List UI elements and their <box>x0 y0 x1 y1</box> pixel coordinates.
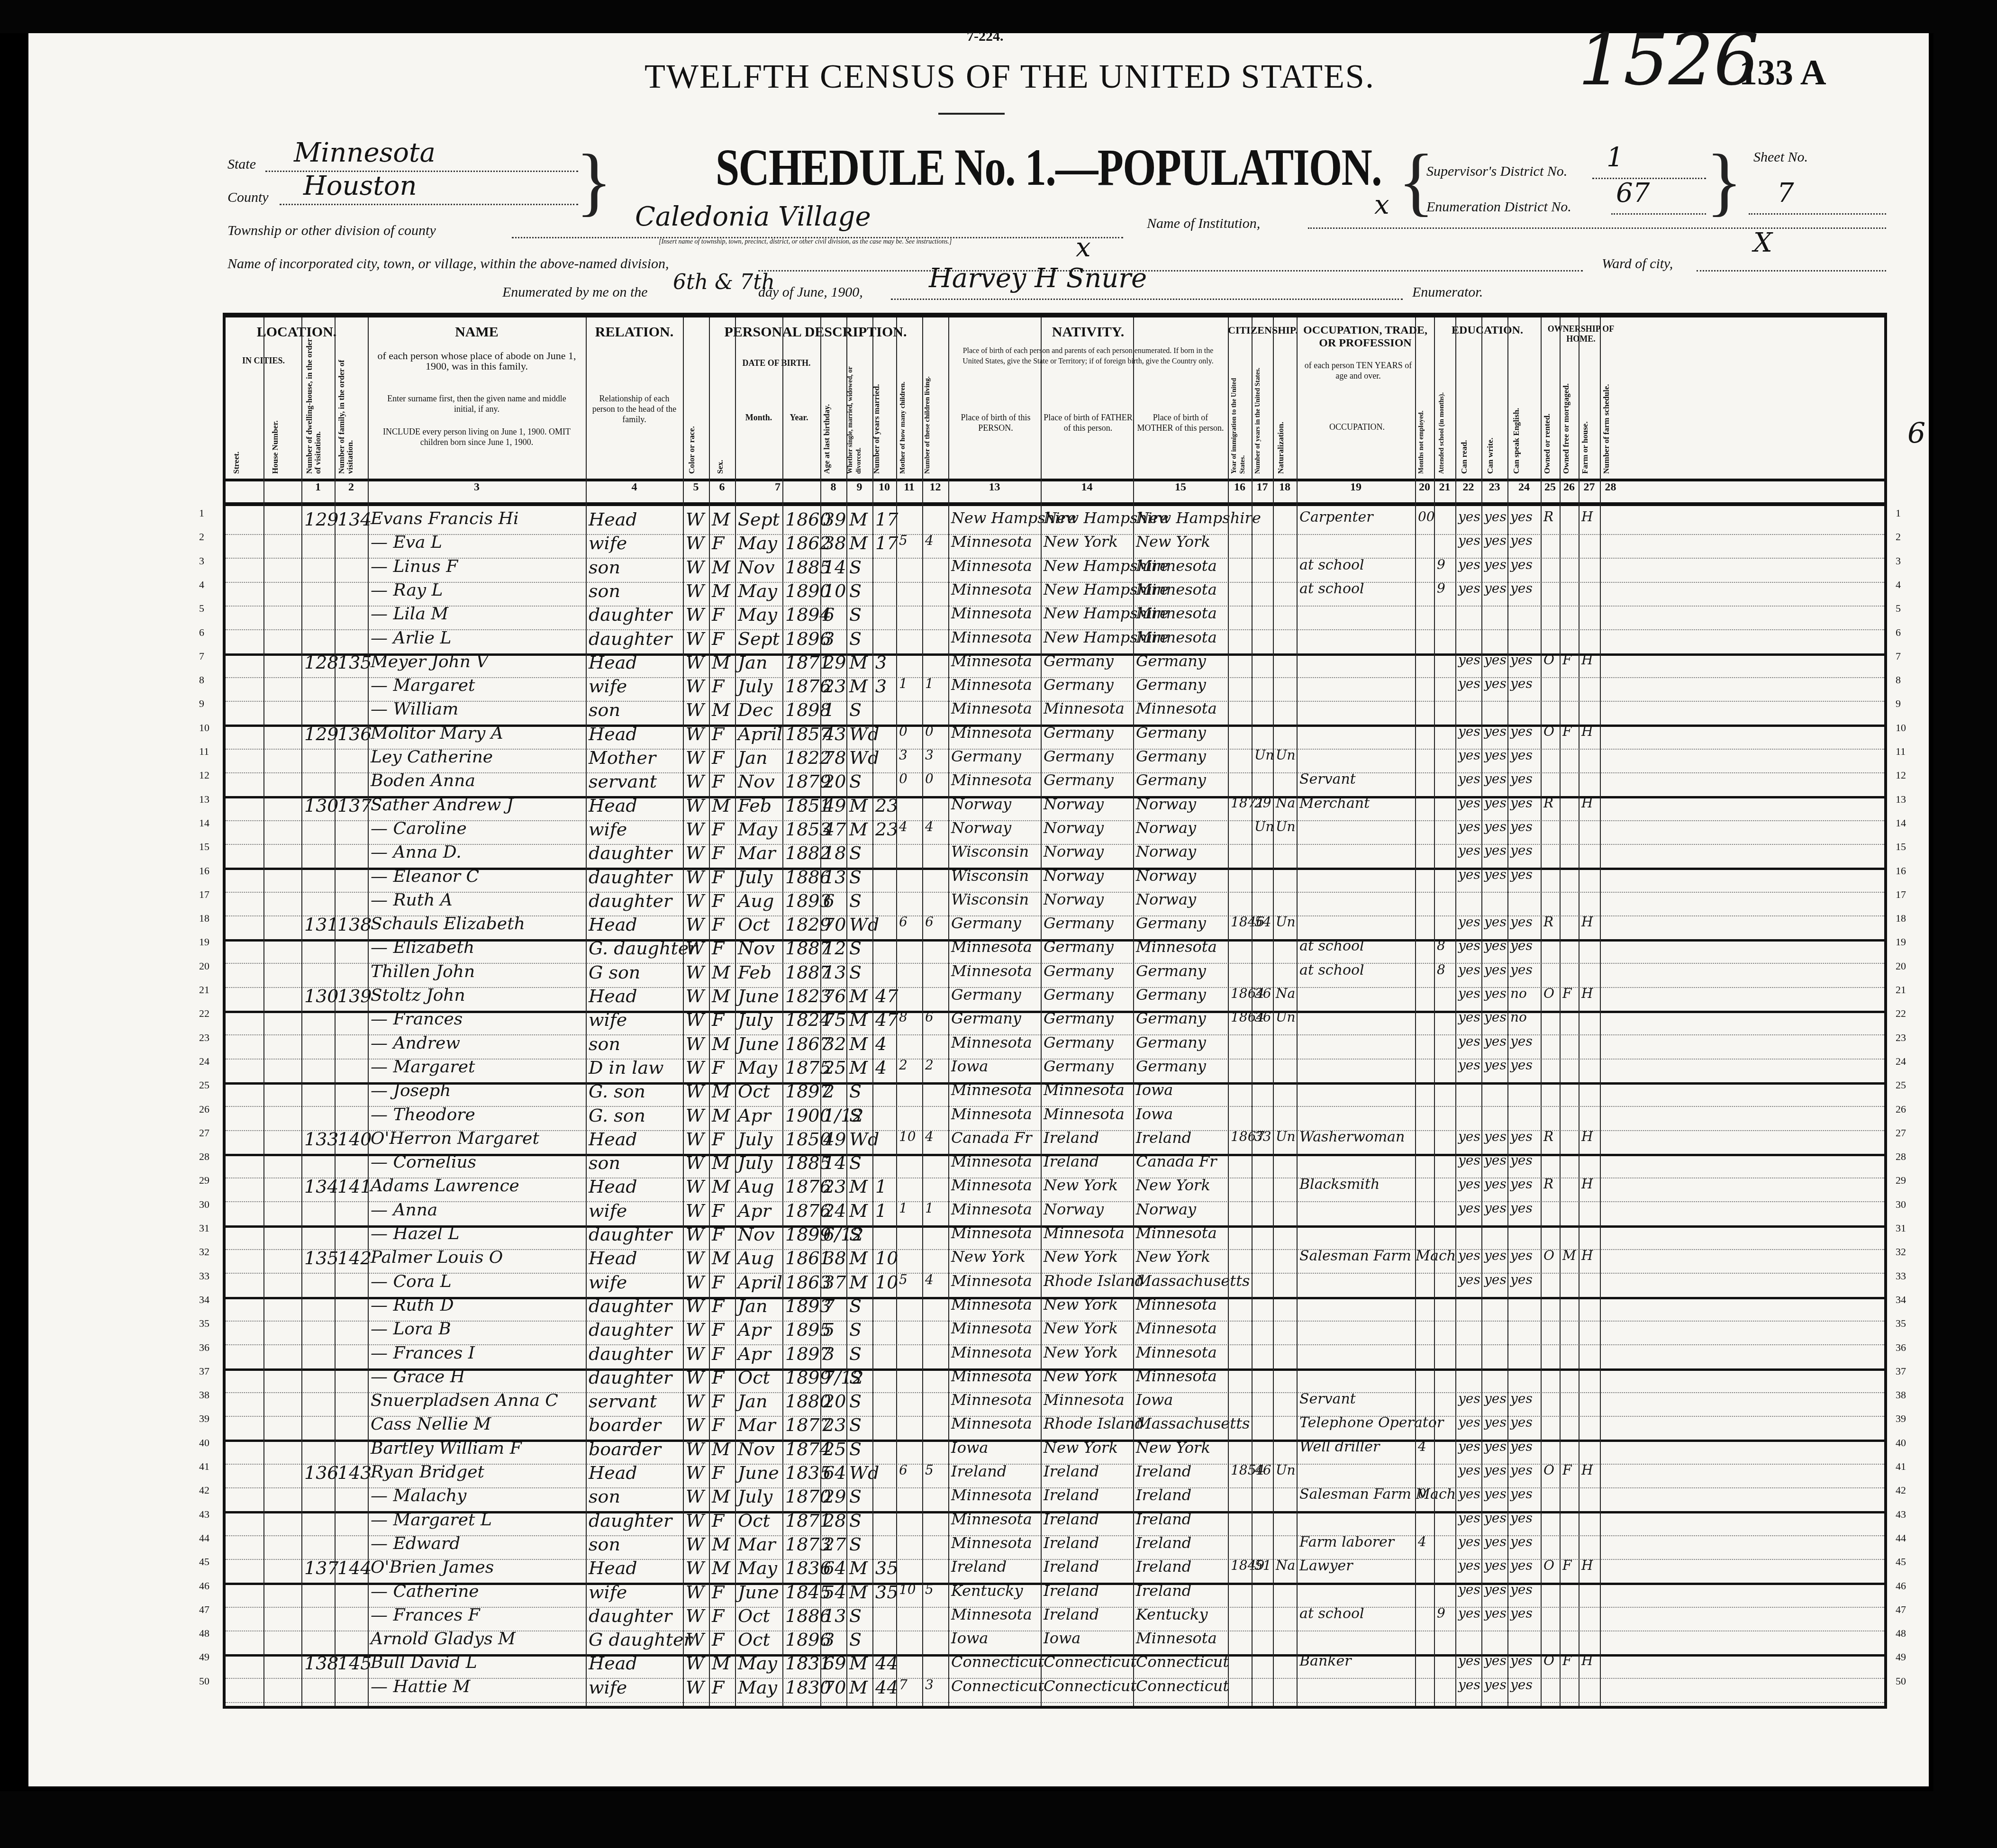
cell-yus: Un <box>1254 819 1274 834</box>
cell-age: 3 <box>823 628 835 649</box>
cell-mc: 0 <box>899 724 908 739</box>
cell-dw: 128 <box>304 652 339 673</box>
cell-sex: F <box>712 819 724 840</box>
cell-age: 25 <box>823 1057 846 1078</box>
cell-bp: Germany <box>951 1009 1021 1027</box>
cell-bp: Ireland <box>951 1462 1007 1480</box>
cell-rd: yes <box>1458 1391 1480 1406</box>
cell-en: yes <box>1510 509 1533 525</box>
cell-ym: 44 <box>875 1653 898 1674</box>
cell-rd: yes <box>1458 533 1480 548</box>
line-number: 17 <box>199 888 209 901</box>
cell-name: — Andrew <box>371 1033 460 1053</box>
line-number: 14 <box>1896 817 1906 829</box>
header-immigration: Year of immigration to the United States… <box>1230 365 1247 474</box>
cell-bp: Minnesota <box>951 724 1032 742</box>
line-number: 33 <box>1896 1270 1906 1282</box>
cell-sex: F <box>712 1129 724 1150</box>
cell-fh: H <box>1581 1653 1593 1668</box>
township-value: Caledonia Village <box>635 201 871 232</box>
cell-rel: son <box>589 1152 620 1173</box>
cell-bp: Ireland <box>951 1558 1007 1576</box>
cell-name: — Hazel L <box>371 1224 459 1243</box>
cell-color: W <box>686 1677 704 1698</box>
cell-ms: M <box>849 819 868 840</box>
cell-rd: yes <box>1458 842 1480 858</box>
cell-color: W <box>686 1224 704 1245</box>
cell-mo: Dec <box>738 699 773 720</box>
cell-sex: M <box>712 699 730 720</box>
cell-ms: M <box>849 795 868 816</box>
line-number: 46 <box>199 1580 209 1592</box>
cell-fh: H <box>1581 795 1593 811</box>
cell-age: 6 <box>823 890 835 911</box>
cell-bp: Minnesota <box>951 628 1032 646</box>
cell-wr: yes <box>1484 1391 1507 1406</box>
cell-bm: Minnesota <box>1136 1224 1217 1242</box>
cell-bf: Germany <box>1044 771 1114 789</box>
column-number: 21 <box>1434 481 1455 494</box>
cell-en: yes <box>1510 1486 1533 1502</box>
cell-sex: M <box>712 1534 730 1555</box>
cell-wr: yes <box>1484 1057 1507 1073</box>
cell-mo: Sept <box>738 628 780 649</box>
cell-mo: Mar <box>738 1414 776 1435</box>
line-number: 12 <box>199 769 209 781</box>
cell-bp: Minnesota <box>951 1391 1032 1409</box>
cell-name: — Anna <box>371 1200 437 1220</box>
line-number: 48 <box>1896 1627 1906 1640</box>
cell-mc: 10 <box>899 1582 916 1597</box>
cell-ms: S <box>849 1081 862 1102</box>
cell-bf: Connecticut <box>1044 1677 1136 1695</box>
cell-bp: Germany <box>951 914 1021 932</box>
cell-bm: Minnesota <box>1136 557 1217 575</box>
line-number: 1 <box>1896 507 1901 519</box>
cell-bp: Minnesota <box>951 1176 1032 1194</box>
cell-nat: Na <box>1276 1558 1295 1573</box>
line-number: 19 <box>199 936 209 948</box>
cell-name: Snuerpladsen Anna C <box>371 1391 558 1410</box>
cell-cl: 1 <box>925 676 934 691</box>
cell-en: yes <box>1510 771 1533 787</box>
column-number: 25 <box>1541 481 1560 494</box>
line-number: 7 <box>1896 650 1901 662</box>
cell-en: yes <box>1510 1439 1533 1454</box>
cell-rel: wife <box>589 676 627 697</box>
cell-bm: Germany <box>1136 1057 1206 1075</box>
cell-bp: Wisconsin <box>951 867 1029 885</box>
cell-ms: S <box>849 1224 862 1245</box>
column-divider <box>1507 317 1508 1706</box>
cell-age: 49 <box>823 795 846 816</box>
cell-ms: S <box>849 628 862 649</box>
cell-rd: yes <box>1458 724 1480 739</box>
cell-age: 70 <box>823 1677 846 1698</box>
cell-ms: M <box>849 533 868 553</box>
cell-name: — Theodore <box>371 1105 475 1124</box>
cell-ym: 35 <box>875 1582 898 1603</box>
cell-bf: Germany <box>1044 652 1114 670</box>
cell-age: 38 <box>823 1248 846 1268</box>
column-number: 18 <box>1273 481 1297 494</box>
cell-age: 3 <box>823 1343 835 1364</box>
cell-wr: yes <box>1484 1462 1507 1478</box>
line-number: 18 <box>1896 912 1906 924</box>
column-divider <box>301 317 302 1706</box>
cell-name: Ryan Bridget <box>371 1462 484 1482</box>
cell-rd: yes <box>1458 580 1480 596</box>
cell-fh: H <box>1581 652 1593 668</box>
cell-sch: 8 <box>1437 938 1445 953</box>
cell-mc: 7 <box>899 1677 908 1693</box>
cell-color: W <box>686 699 704 720</box>
line-number: 44 <box>199 1532 209 1544</box>
cell-own: O <box>1543 1558 1554 1573</box>
enumerated-prefix: Enumerated by me on the <box>502 284 648 300</box>
cell-name: Thillen John <box>371 962 475 981</box>
cell-mo: July <box>738 676 772 697</box>
cell-bf: Ireland <box>1044 1486 1099 1504</box>
cell-cl: 4 <box>925 1129 934 1144</box>
cell-mc: 0 <box>899 771 908 787</box>
cell-bm: Iowa <box>1136 1391 1173 1409</box>
cell-dw: 135 <box>304 1248 339 1268</box>
cell-ms: S <box>849 580 862 601</box>
cell-name: — Lora B <box>371 1319 451 1339</box>
cell-wr: yes <box>1484 1486 1507 1502</box>
cell-fam: 138 <box>337 914 372 935</box>
cell-bf: New York <box>1044 1367 1118 1385</box>
cell-ym: 10 <box>875 1248 898 1268</box>
cell-ym: 23 <box>875 795 898 816</box>
cell-rel: Head <box>589 1248 637 1268</box>
cell-yus: 54 <box>1254 914 1271 930</box>
cell-bp: Minnesota <box>951 1152 1032 1170</box>
cell-fh: H <box>1581 1176 1593 1192</box>
cell-bm: Massachusetts <box>1136 1272 1250 1290</box>
cell-occ: Banker <box>1299 1653 1352 1669</box>
cell-name: — Margaret <box>371 676 475 695</box>
cell-wr: yes <box>1484 1677 1507 1693</box>
cell-bm: Germany <box>1136 1009 1206 1027</box>
cell-sex: M <box>712 1248 730 1268</box>
cell-ms: S <box>849 1105 862 1126</box>
cell-mu: 00 <box>1418 509 1435 525</box>
cell-en: yes <box>1510 1558 1533 1573</box>
cell-sex: F <box>712 1343 724 1364</box>
cell-bf: Germany <box>1044 962 1114 980</box>
cell-name: — Edward <box>371 1534 460 1553</box>
header-mother-of: Mother of how many children. <box>899 360 907 474</box>
cell-color: W <box>686 1367 704 1388</box>
cell-bm: Minnesota <box>1136 699 1217 717</box>
cell-wr: yes <box>1484 795 1507 811</box>
cell-name: — Anna D. <box>371 842 462 862</box>
cell-mo: Feb <box>738 962 772 983</box>
cell-bm: Ireland <box>1136 1534 1191 1552</box>
cell-age: 14 <box>823 1152 846 1173</box>
cell-sex: M <box>712 580 730 601</box>
column-divider <box>683 317 684 1706</box>
cell-rel: G. daughter <box>589 938 697 959</box>
line-number: 43 <box>199 1508 209 1521</box>
cell-mo: May <box>738 1057 777 1078</box>
cell-sex: F <box>712 1272 724 1293</box>
line-number: 28 <box>199 1150 209 1163</box>
cell-sex: M <box>712 1081 730 1102</box>
cell-color: W <box>686 1057 704 1078</box>
cell-mo: June <box>738 1582 779 1603</box>
line-number: 42 <box>1896 1484 1906 1496</box>
cell-occ: at school <box>1299 580 1364 597</box>
cell-bp: Iowa <box>951 1057 988 1075</box>
cell-bp: New York <box>951 1248 1026 1266</box>
cell-rel: Head <box>589 1653 637 1674</box>
line-number: 10 <box>199 722 209 734</box>
cell-rd: yes <box>1458 795 1480 811</box>
cell-en: yes <box>1510 1605 1533 1621</box>
cell-rel: Head <box>589 1129 637 1150</box>
header-occupation-sub: OCCUPATION. <box>1299 422 1415 432</box>
cell-ms: S <box>849 1152 862 1173</box>
cell-rel: Mother <box>589 747 656 768</box>
cell-sex: F <box>712 724 724 744</box>
header-months-unemployed: Months not employed. <box>1417 408 1426 474</box>
cell-mo: June <box>738 1033 779 1054</box>
cell-sex: M <box>712 1558 730 1578</box>
cell-en: yes <box>1510 795 1533 811</box>
cell-bm: New Hampshire <box>1136 509 1261 527</box>
cell-bm: Germany <box>1136 747 1206 765</box>
cell-rel: daughter <box>589 842 672 863</box>
cell-bm: Germany <box>1136 676 1206 694</box>
line-number: 29 <box>1896 1174 1906 1187</box>
cell-ym: 23 <box>875 819 898 840</box>
cell-age: 13 <box>823 867 846 888</box>
cell-sex: F <box>712 1009 724 1030</box>
column-divider <box>368 317 369 1706</box>
column-divider <box>709 317 710 1706</box>
cell-rel: Head <box>589 986 637 1006</box>
column-number: 16 <box>1228 481 1252 494</box>
header-marital: Whether single, married, widowed, or div… <box>846 360 863 474</box>
header-rule-thick <box>226 502 1884 506</box>
cell-en: yes <box>1510 962 1533 978</box>
cell-en: yes <box>1510 676 1533 691</box>
cell-age: 47 <box>823 819 846 840</box>
cell-dw: 130 <box>304 795 339 816</box>
cell-ms: Wd <box>849 1129 879 1150</box>
cell-fm: M <box>1562 1248 1576 1263</box>
cell-bm: New York <box>1136 533 1210 551</box>
cell-mo: Jan <box>738 747 767 768</box>
line-number: 18 <box>199 912 209 924</box>
column-divider <box>1560 317 1561 1706</box>
column-number: 5 <box>683 481 709 494</box>
line-number: 22 <box>1896 1007 1906 1020</box>
line-number: 21 <box>199 984 209 996</box>
cell-mo: May <box>738 580 777 601</box>
cell-fm: F <box>1562 1462 1571 1478</box>
cell-rd: yes <box>1458 676 1480 691</box>
cell-rd: yes <box>1458 771 1480 787</box>
cell-rel: wife <box>589 1272 627 1293</box>
column-number: 6 <box>709 481 735 494</box>
cell-bp: Minnesota <box>951 1081 1032 1099</box>
line-number: 21 <box>1896 984 1906 996</box>
cell-nat: Na <box>1276 986 1295 1001</box>
cell-cl: 5 <box>925 1582 934 1597</box>
cell-rel: son <box>589 1033 620 1054</box>
column-number: 3 <box>368 481 586 494</box>
cell-color: W <box>686 795 704 816</box>
state-value: Minnesota <box>294 137 436 168</box>
cell-sex: F <box>712 533 724 553</box>
cell-mo: June <box>738 986 779 1006</box>
column-divider <box>1541 317 1542 1706</box>
line-number: 5 <box>1896 602 1901 615</box>
cell-color: W <box>686 1081 704 1102</box>
cell-mo: Sept <box>738 509 780 530</box>
cell-age: 70 <box>823 914 846 935</box>
cell-occ: Merchant <box>1299 795 1370 812</box>
line-number: 42 <box>199 1484 209 1496</box>
cell-color: W <box>686 1152 704 1173</box>
column-number: 22 <box>1455 481 1481 494</box>
cell-color: W <box>686 1129 704 1150</box>
cell-name: — Margaret L <box>371 1510 492 1530</box>
cell-bf: Connecticut <box>1044 1653 1136 1671</box>
column-divider <box>1133 317 1134 1706</box>
cell-color: W <box>686 580 704 601</box>
cell-bp: Wisconsin <box>951 890 1029 908</box>
cell-color: W <box>686 1486 704 1507</box>
cell-ym: 47 <box>875 986 898 1006</box>
cell-age: 23 <box>823 1176 846 1197</box>
header-birth-person: Place of birth of this PERSON. <box>951 412 1041 433</box>
line-number: 49 <box>1896 1651 1906 1663</box>
cell-ms: S <box>849 1605 862 1626</box>
cell-bp: Minnesota <box>951 1200 1032 1218</box>
table-row: — Hattie MwifeWFMay183070M4473Connecticu… <box>226 1675 1884 1703</box>
cell-ms: S <box>849 867 862 888</box>
cell-sex: M <box>712 795 730 816</box>
cell-cl: 4 <box>925 819 934 834</box>
line-number: 45 <box>199 1556 209 1568</box>
line-number: 32 <box>199 1246 209 1258</box>
cell-bm: Germany <box>1136 652 1206 670</box>
header-nativity: NATIVITY. <box>948 324 1228 340</box>
header-education: EDUCATION. <box>1434 324 1541 337</box>
cell-rel: D in law <box>589 1057 664 1078</box>
cell-mo: Oct <box>738 914 770 935</box>
cell-sex: M <box>712 1033 730 1054</box>
form-number: 7-224. <box>967 28 1004 45</box>
cell-sex: M <box>712 652 730 673</box>
column-divider <box>1252 317 1253 1706</box>
cell-en: yes <box>1510 724 1533 739</box>
cell-mo: July <box>738 1129 772 1150</box>
cell-age: 14 <box>823 557 846 578</box>
cell-rel: son <box>589 580 620 601</box>
cell-bf: Ireland <box>1044 1152 1099 1170</box>
cell-cl: 5 <box>925 1462 934 1478</box>
cell-color: W <box>686 1629 704 1650</box>
cell-cl: 3 <box>925 1677 934 1693</box>
cell-name: O'Brien James <box>371 1558 494 1577</box>
cell-en: yes <box>1510 1534 1533 1549</box>
cell-bm: Ireland <box>1136 1462 1191 1480</box>
cell-wr: yes <box>1484 842 1507 858</box>
cell-occ: at school <box>1299 1605 1364 1622</box>
line-number: 50 <box>199 1675 209 1687</box>
cell-fh: H <box>1581 914 1593 930</box>
cell-ms: Wd <box>849 724 879 744</box>
cell-fam: 145 <box>337 1653 372 1674</box>
cell-sex: F <box>712 1319 724 1340</box>
cell-bf: New York <box>1044 533 1118 551</box>
cell-sex: M <box>712 1152 730 1173</box>
cell-color: W <box>686 867 704 888</box>
cell-en: yes <box>1510 747 1533 763</box>
cell-ms: M <box>849 1558 868 1578</box>
cell-name: Bull David L <box>371 1653 477 1672</box>
cell-fm: F <box>1562 724 1571 739</box>
line-number: 39 <box>1896 1413 1906 1425</box>
header-can-write: Can write. <box>1486 412 1495 474</box>
cell-mo: Feb <box>738 795 772 816</box>
cell-occ: at school <box>1299 962 1364 978</box>
cell-mo: Jan <box>738 1391 767 1412</box>
cell-en: yes <box>1510 533 1533 548</box>
column-number: 4 <box>586 481 683 494</box>
cell-bp: Minnesota <box>951 580 1032 598</box>
cell-mo: Oct <box>738 1629 770 1650</box>
cell-bm: Minnesota <box>1136 1629 1217 1647</box>
cell-name: — Malachy <box>371 1486 466 1505</box>
cell-age: 24 <box>823 1200 846 1221</box>
cell-mc: 5 <box>899 1272 908 1287</box>
supervisor-value: 1 <box>1607 142 1624 173</box>
state-label: State <box>227 156 256 172</box>
cell-age: 64 <box>823 1462 846 1483</box>
cell-mo: May <box>738 1558 777 1578</box>
cell-mc: 6 <box>899 1462 908 1478</box>
cell-rel: son <box>589 1534 620 1555</box>
cell-mo: July <box>738 1486 772 1507</box>
margin-note: 6 <box>1907 417 1925 450</box>
cell-bm: New York <box>1136 1176 1210 1194</box>
cell-cl: 6 <box>925 914 934 930</box>
cell-fam: 142 <box>337 1248 372 1268</box>
header-citizenship: CITIZENSHIP. <box>1228 324 1297 336</box>
cell-yus: 33 <box>1254 1129 1271 1144</box>
cell-rel: daughter <box>589 1224 672 1245</box>
cell-name: — Lila M <box>371 604 448 624</box>
incorporated-label: Name of incorporated city, town, or vill… <box>227 256 669 272</box>
cell-name: — Joseph <box>371 1081 451 1100</box>
cell-wr: yes <box>1484 1129 1507 1144</box>
cell-own: O <box>1543 1653 1554 1668</box>
cell-mo: Aug <box>738 890 774 911</box>
cell-occ: Servant <box>1299 1391 1356 1407</box>
cell-bf: Norway <box>1044 1200 1104 1218</box>
cell-rd: yes <box>1458 1200 1480 1216</box>
title-ornament <box>938 113 1005 115</box>
cell-wr: yes <box>1484 1582 1507 1597</box>
cell-occ: Salesman Farm Mach <box>1299 1248 1456 1264</box>
